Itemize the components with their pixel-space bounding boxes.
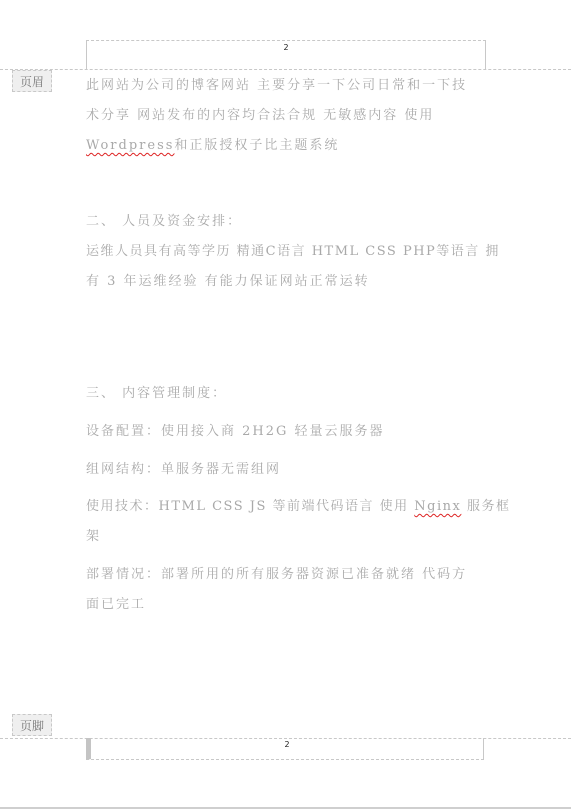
header-tag[interactable]: 页眉 bbox=[12, 70, 52, 92]
tech-suffix: 服务框 bbox=[461, 499, 510, 514]
intro-line-3-rest: 和正版授权子比主题系统 bbox=[174, 138, 339, 153]
deployment-line-1[interactable]: 部署情况：部署所用的所有服务器资源已准备就绪 代码方 bbox=[86, 563, 486, 582]
tech-line-2[interactable]: 架 bbox=[86, 525, 486, 544]
header-boundary-line bbox=[0, 69, 571, 70]
intro-line-3[interactable]: Wordpress和正版授权子比主题系统 bbox=[86, 134, 486, 153]
equipment-config[interactable]: 设备配置：使用接入商 2H2G 轻量云服务器 bbox=[86, 420, 486, 439]
section-2-line-2[interactable]: 有 3 年运维经验 有能力保证网站正常运转 bbox=[86, 270, 486, 289]
section-2-line-1[interactable]: 运维人员具有高等学历 精通C语言 HTML CSS PHP等语言 拥 bbox=[86, 240, 486, 259]
intro-line-1[interactable]: 此网站为公司的博客网站 主要分享一下公司日常和一下技 bbox=[86, 74, 486, 93]
header-page-number: 2 bbox=[87, 43, 485, 52]
misspelled-word-nginx[interactable]: Nginx bbox=[414, 499, 461, 514]
tech-prefix: 使用技术：HTML CSS JS 等前端代码语言 使用 bbox=[86, 499, 414, 514]
deployment-line-2[interactable]: 面已完工 bbox=[86, 593, 486, 612]
network-structure[interactable]: 组网结构：单服务器无需组网 bbox=[86, 458, 486, 477]
intro-line-2[interactable]: 术分享 网站发布的内容均合法合规 无敏感内容 使用 bbox=[86, 104, 486, 123]
section-2-heading[interactable]: 二、 人员及资金安排： bbox=[86, 210, 486, 229]
footer-tag[interactable]: 页脚 bbox=[12, 714, 52, 736]
section-3-heading[interactable]: 三、 内容管理制度： bbox=[86, 382, 486, 401]
header-area[interactable]: 2 bbox=[86, 40, 486, 70]
misspelled-word-wordpress[interactable]: Wordpress bbox=[86, 138, 174, 153]
footer-page-number: 2 bbox=[91, 740, 483, 749]
tech-line-1[interactable]: 使用技术：HTML CSS JS 等前端代码语言 使用 Nginx 服务框 bbox=[86, 495, 486, 514]
footer-area[interactable]: 2 bbox=[86, 738, 484, 760]
